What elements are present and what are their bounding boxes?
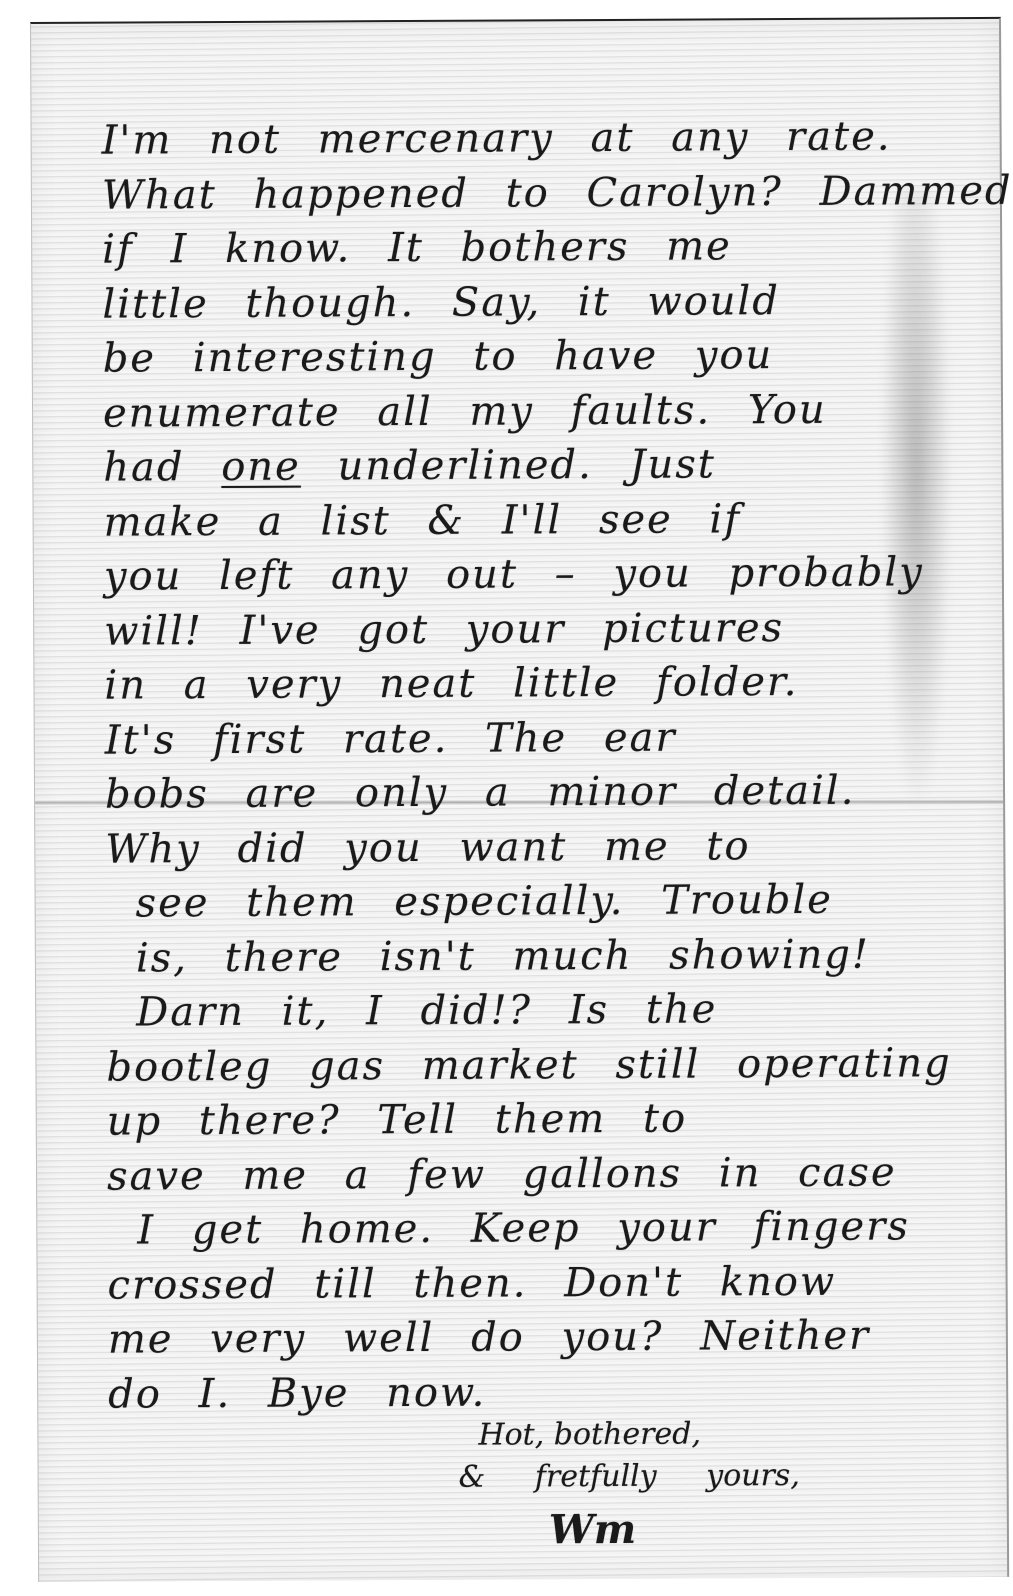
letter-line: It's first rate. The ear <box>105 709 985 768</box>
letter-line: me very well do you? Neither <box>108 1308 988 1367</box>
letter-line: I'm not mercenary at any rate. <box>101 109 981 168</box>
letter-line: you left any out – you probably <box>104 545 984 604</box>
letter-line: Why did you want me to <box>105 818 985 877</box>
signature: Wm <box>459 1499 801 1561</box>
letter-line-underlined: had one underlined. Just <box>103 436 983 495</box>
closing-line-2: & fretfully yours, <box>459 1453 800 1501</box>
text-after-underline: underlined. Just <box>301 441 716 489</box>
letter-page: I'm not mercenary at any rate. What happ… <box>30 17 1009 1582</box>
letter-line: be interesting to have you <box>103 327 983 386</box>
letter-line: do I. Bye now. <box>108 1363 988 1422</box>
letter-line: enumerate all my faults. You <box>103 382 983 441</box>
letter-line: is, there isn't much showing! <box>106 927 986 986</box>
letter-line: save me a few gallons in case <box>107 1145 987 1204</box>
letter-line: will! I've got your pictures <box>104 600 984 659</box>
letter-line: bobs are only a minor detail. <box>105 763 985 822</box>
letter-line: make a list & I'll see if <box>103 491 983 550</box>
letter-line: see them especially. Trouble <box>105 872 985 931</box>
underlined-word: one <box>221 444 301 490</box>
letter-closing: Hot, bothered, & fretfully yours, Wm <box>458 1415 800 1561</box>
letter-line: if I know. It bothers me <box>102 218 982 277</box>
letter-line: bootleg gas market still operating <box>106 1036 986 1095</box>
letter-body: I'm not mercenary at any rate. What happ… <box>101 109 988 1422</box>
letter-line: Darn it, I did!? Is the <box>106 981 986 1040</box>
letter-line: crossed till then. Don't know <box>107 1254 987 1313</box>
letter-line: What happened to Carolyn? Dammed <box>102 164 982 223</box>
letter-line: in a very neat little folder. <box>104 654 984 713</box>
closing-line-1: Hot, bothered, <box>458 1415 799 1455</box>
text-before-underline: had <box>103 444 221 491</box>
letter-line: I get home. Keep your fingers <box>107 1199 987 1258</box>
letter-line: little though. Say, it would <box>102 273 982 332</box>
letter-line: up there? Tell them to <box>107 1090 987 1149</box>
